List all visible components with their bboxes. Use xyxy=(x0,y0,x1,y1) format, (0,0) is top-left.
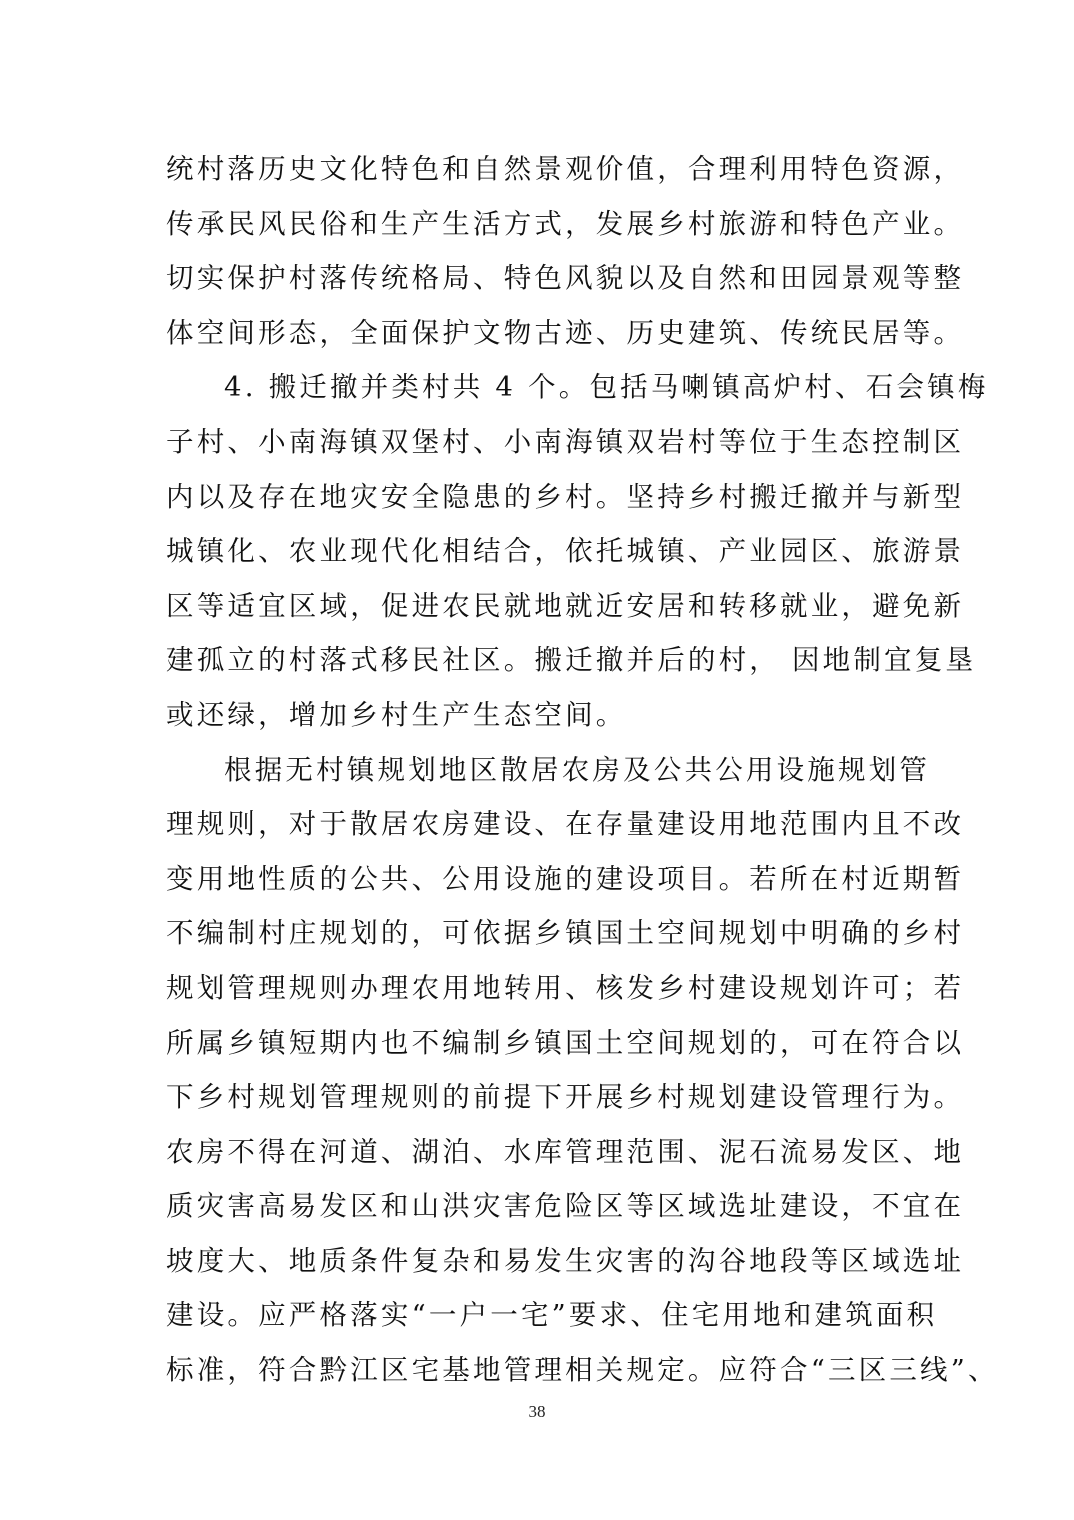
text-line: 标准，符合黔江区宅基地管理相关规定。应符合“三区三线”、 xyxy=(166,1347,926,1402)
text-line: 城镇化、农业现代化相结合，依托城镇、产业园区、旅游景 xyxy=(166,528,926,583)
text-line: 规划管理规则办理农用地转用、核发乡村建设规划许可；若 xyxy=(166,965,926,1020)
text-line: 统村落历史文化特色和自然景观价值，合理利用特色资源， xyxy=(166,146,926,201)
text-line: 质灾害高易发区和山洪灾害危险区等区域选址建设，不宜在 xyxy=(166,1183,926,1238)
text-line: 坡度大、地质条件复杂和易发生灾害的沟谷地段等区域选址 xyxy=(166,1238,926,1293)
body-text: 统村落历史文化特色和自然景观价值，合理利用特色资源， 传承民风民俗和生产生活方式… xyxy=(166,146,926,1402)
text-line: 建孤立的村落式移民社区。搬迁撤并后的村， 因地制宜复垦 xyxy=(166,637,926,692)
text-line: 理规则，对于散居农房建设、在存量建设用地范围内且不改 xyxy=(166,801,926,856)
page-number: 38 xyxy=(0,1402,1074,1422)
text-line: 4. 搬迁撤并类村共 4 个。包括马喇镇高炉村、石会镇梅 xyxy=(166,364,926,419)
text-line: 内以及存在地灾安全隐患的乡村。坚持乡村搬迁撤并与新型 xyxy=(166,474,926,529)
document-page: 统村落历史文化特色和自然景观价值，合理利用特色资源， 传承民风民俗和生产生活方式… xyxy=(0,0,1074,1520)
text-line: 变用地性质的公共、公用设施的建设项目。若所在村近期暂 xyxy=(166,856,926,911)
text-line: 切实保护村落传统格局、特色风貌以及自然和田园景观等整 xyxy=(166,255,926,310)
text-line: 体空间形态，全面保护文物古迹、历史建筑、传统民居等。 xyxy=(166,310,926,365)
text-line: 传承民风民俗和生产生活方式，发展乡村旅游和特色产业。 xyxy=(166,201,926,256)
text-line: 不编制村庄规划的，可依据乡镇国土空间规划中明确的乡村 xyxy=(166,910,926,965)
text-line: 区等适宜区域，促进农民就地就近安居和转移就业，避免新 xyxy=(166,583,926,638)
text-line: 下乡村规划管理规则的前提下开展乡村规划建设管理行为。 xyxy=(166,1074,926,1129)
text-line: 或还绿，增加乡村生产生态空间。 xyxy=(166,692,926,747)
text-line: 建设。应严格落实“一户一宅”要求、住宅用地和建筑面积 xyxy=(166,1292,926,1347)
text-line: 子村、小南海镇双堡村、小南海镇双岩村等位于生态控制区 xyxy=(166,419,926,474)
text-line: 所属乡镇短期内也不编制乡镇国土空间规划的，可在符合以 xyxy=(166,1020,926,1075)
text-line: 根据无村镇规划地区散居农房及公共公用设施规划管 xyxy=(166,747,926,802)
text-line: 农房不得在河道、湖泊、水库管理范围、泥石流易发区、地 xyxy=(166,1129,926,1184)
